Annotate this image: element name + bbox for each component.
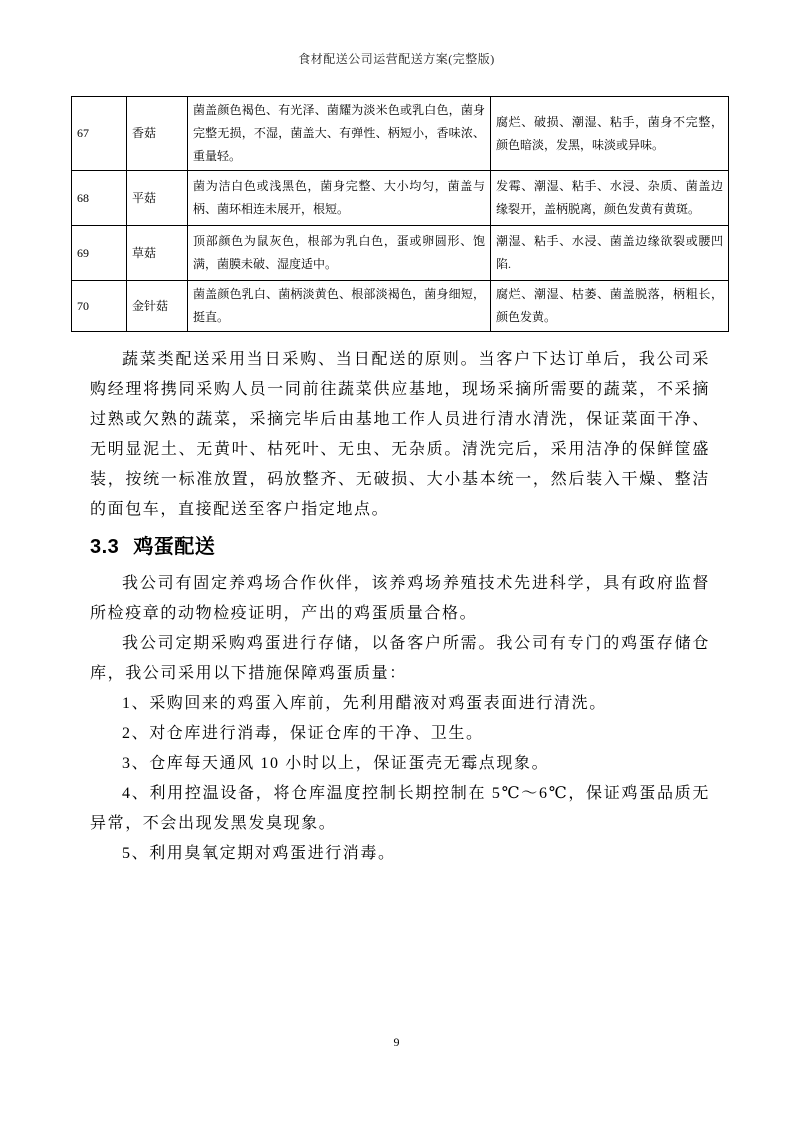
section-title: 鸡蛋配送: [133, 536, 215, 558]
table-row: 69 草菇 顶部颜色为鼠灰色，根部为乳白色，蛋或卵圆形、饱满，菌膜未破、湿度适中…: [72, 226, 729, 281]
reject-criteria-cell: 腐烂、破损、潮湿、粘手，菌身不完整，颜色暗淡，发黑，味淡或异味。: [491, 97, 729, 171]
page-content: 67 香菇 菌盖颜色褐色、有光泽、菌耀为淡米色或乳白色，菌身完整无损，不湿，菌盖…: [71, 96, 729, 869]
item-name-cell: 金针菇: [127, 281, 188, 332]
item-name-cell: 香菇: [127, 97, 188, 171]
reject-criteria-cell: 腐烂、潮湿、枯萎、菌盖脱落，柄粗长，颜色发黄。: [491, 281, 729, 332]
section-number: 3.3: [90, 536, 119, 558]
egg-paragraph-2: 我公司定期采购鸡蛋进行存储，以备客户所需。我公司有专门的鸡蛋存储仓库，我公司采用…: [90, 629, 710, 689]
table-row: 68 平菇 菌为洁白色或浅黑色，菌身完整、大小均匀，菌盖与柄、菌环相连未展开，根…: [72, 171, 729, 226]
egg-measure-item: 2、对仓库进行消毒，保证仓库的干净、卫生。: [90, 719, 710, 749]
mushroom-spec-table: 67 香菇 菌盖颜色褐色、有光泽、菌耀为淡米色或乳白色，菌身完整无损，不湿，菌盖…: [71, 96, 729, 332]
vegetable-delivery-paragraph: 蔬菜类配送采用当日采购、当日配送的原则。当客户下达订单后，我公司采购经理将携同采…: [90, 345, 710, 525]
egg-measure-item: 4、利用控温设备，将仓库温度控制长期控制在 5℃～6℃，保证鸡蛋品质无异常，不会…: [90, 779, 710, 839]
table-row: 67 香菇 菌盖颜色褐色、有光泽、菌耀为淡米色或乳白色，菌身完整无损，不湿，菌盖…: [72, 97, 729, 171]
egg-measure-item: 3、仓库每天通风 10 小时以上，保证蛋壳无霉点现象。: [90, 749, 710, 779]
document-page: { "header": { "title": "食材配送公司运营配送方案(完整版…: [0, 0, 793, 1122]
table-row: 70 金针菇 菌盖颜色乳白、菌柄淡黄色、根部淡褐色，菌身细短，挺直。 腐烂、潮湿…: [72, 281, 729, 332]
row-number-cell: 67: [72, 97, 127, 171]
section-heading-egg-delivery: 3.3鸡蛋配送: [90, 533, 710, 561]
quality-criteria-cell: 菌盖颜色乳白、菌柄淡黄色、根部淡褐色，菌身细短，挺直。: [188, 281, 491, 332]
row-number-cell: 70: [72, 281, 127, 332]
quality-criteria-cell: 菌为洁白色或浅黑色，菌身完整、大小均匀，菌盖与柄、菌环相连未展开，根短。: [188, 171, 491, 226]
row-number-cell: 69: [72, 226, 127, 281]
egg-paragraph-1: 我公司有固定养鸡场合作伙伴，该养鸡场养殖技术先进科学，具有政府监督所检疫章的动物…: [90, 569, 710, 629]
page-header-title: 食材配送公司运营配送方案(完整版): [0, 0, 793, 66]
reject-criteria-cell: 潮湿、粘手、水浸、菌盖边缘欲裂或腰凹陷.: [491, 226, 729, 281]
item-name-cell: 平菇: [127, 171, 188, 226]
reject-criteria-cell: 发霉、潮湿、粘手、水浸、杂质、菌盖边缘裂开，盖柄脱离，颜色发黄有黄斑。: [491, 171, 729, 226]
egg-delivery-section: 我公司有固定养鸡场合作伙伴，该养鸡场养殖技术先进科学，具有政府监督所检疫章的动物…: [90, 569, 710, 869]
page-number: 9: [0, 1035, 793, 1049]
row-number-cell: 68: [72, 171, 127, 226]
egg-measure-item: 1、采购回来的鸡蛋入库前，先利用醋液对鸡蛋表面进行清洗。: [90, 689, 710, 719]
item-name-cell: 草菇: [127, 226, 188, 281]
quality-criteria-cell: 菌盖颜色褐色、有光泽、菌耀为淡米色或乳白色，菌身完整无损，不湿，菌盖大、有弹性、…: [188, 97, 491, 171]
quality-criteria-cell: 顶部颜色为鼠灰色，根部为乳白色，蛋或卵圆形、饱满，菌膜未破、湿度适中。: [188, 226, 491, 281]
egg-measure-item: 5、利用臭氧定期对鸡蛋进行消毒。: [90, 839, 710, 869]
vegetable-delivery-section: 蔬菜类配送采用当日采购、当日配送的原则。当客户下达订单后，我公司采购经理将携同采…: [90, 345, 710, 525]
